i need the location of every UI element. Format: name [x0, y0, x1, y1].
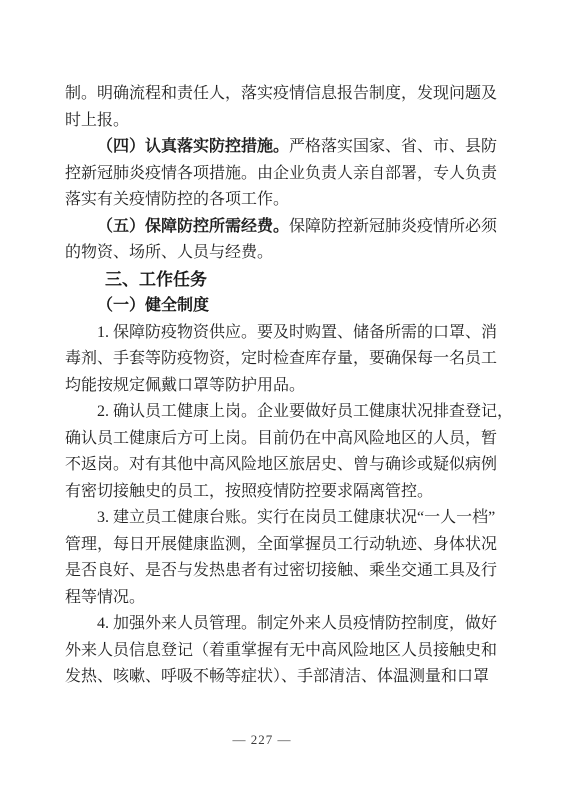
text-line: 的物资、场所、人员与经费。 [65, 240, 498, 267]
text-segment: 均能按规定佩戴口罩等防护用品。 [65, 377, 305, 394]
text-segment: 有密切接触史的员工，按照疫情防控要求隔离管控。 [65, 483, 433, 500]
text-line: 控新冠肺炎疫情各项措施。由企业负责人亲自部署，专人负责 [65, 161, 498, 188]
text-line: 有密切接触史的员工，按照疫情防控要求隔离管控。 [65, 479, 498, 506]
text-segment: 3. 建立员工健康台账。实行在岗员工健康状况“一人一档” [97, 509, 495, 526]
text-segment: 不返岗。对有其他中高风险地区旅居史、曾与确诊或疑似病例 [65, 456, 497, 473]
heading-line: 三、工作任务 [65, 267, 498, 294]
text-segment: 毒剂、手套等防疫物资，定时检查库存量，要确保每一名员工 [65, 350, 497, 367]
text-segment: 落实有关疫情防控的各项工作。 [65, 191, 289, 208]
text-segment: 保障防控新冠肺炎疫情所必须 [289, 218, 497, 235]
text-line: 管理，每日开展健康监测，全面掌握员工行动轨迹、身体状况 [65, 532, 498, 559]
text-segment: 时上报。 [65, 112, 129, 129]
page-number: — 227 — [0, 732, 524, 748]
text-line: 1. 保障防疫物资供应。要及时购置、储备所需的口罩、消 [65, 320, 498, 347]
text-segment: 4. 加强外来人员管理。制定外来人员疫情防控制度，做好 [97, 615, 497, 632]
text-line: 均能按规定佩戴口罩等防护用品。 [65, 373, 498, 400]
text-segment: 发热、咳嗽、呼吸不畅等症状）、手部清洁、体温测量和口罩 [65, 668, 489, 685]
text-line: 是否良好、是否与发热患者有过密切接触、乘坐交通工具及行 [65, 558, 498, 585]
text-segment: 1. 保障防疫物资供应。要及时购置、储备所需的口罩、消 [97, 324, 497, 341]
text-line: 确认员工健康后方可上岗。目前仍在中高风险地区的人员，暂 [65, 426, 498, 453]
text-line: 2. 确认员工健康上岗。企业要做好员工健康状况排查登记， [65, 399, 498, 426]
text-line: 程等情况。 [65, 585, 498, 612]
text-line: 4. 加强外来人员管理。制定外来人员疫情防控制度，做好 [65, 611, 498, 638]
text-segment: 程等情况。 [65, 589, 145, 606]
text-line: （四）认真落实防控措施。严格落实国家、省、市、县防 [65, 134, 498, 161]
bold-text-segment: （五）保障防控所需经费。 [97, 218, 289, 235]
text-line: 毒剂、手套等防疫物资，定时检查库存量，要确保每一名员工 [65, 346, 498, 373]
text-segment: 制。明确流程和责任人，落实疫情信息报告制度，发现问题及 [65, 85, 497, 102]
text-block: 制。明确流程和责任人，落实疫情信息报告制度，发现问题及时上报。（四）认真落实防控… [65, 81, 498, 691]
text-line: 外来人员信息登记（着重掌握有无中高风险地区人员接触史和 [65, 638, 498, 665]
text-line: 制。明确流程和责任人，落实疫情信息报告制度，发现问题及 [65, 81, 498, 108]
text-segment: 外来人员信息登记（着重掌握有无中高风险地区人员接触史和 [65, 642, 497, 659]
bold-text-segment: （一）健全制度 [97, 297, 209, 314]
heading-line: （一）健全制度 [65, 293, 498, 320]
text-segment: 是否良好、是否与发热患者有过密切接触、乘坐交通工具及行 [65, 562, 497, 579]
document-page: 制。明确流程和责任人，落实疫情信息报告制度，发现问题及时上报。（四）认真落实防控… [0, 0, 561, 793]
text-segment: 管理，每日开展健康监测，全面掌握员工行动轨迹、身体状况 [65, 536, 497, 553]
text-line: （五）保障防控所需经费。保障防控新冠肺炎疫情所必须 [65, 214, 498, 241]
text-segment: 严格落实国家、省、市、县防 [289, 138, 497, 155]
text-line: 3. 建立员工健康台账。实行在岗员工健康状况“一人一档” [65, 505, 498, 532]
text-segment: 控新冠肺炎疫情各项措施。由企业负责人亲自部署，专人负责 [65, 165, 497, 182]
text-line: 发热、咳嗽、呼吸不畅等症状）、手部清洁、体温测量和口罩 [65, 664, 498, 691]
text-segment: 的物资、场所、人员与经费。 [65, 244, 273, 261]
text-line: 落实有关疫情防控的各项工作。 [65, 187, 498, 214]
bold-text-segment: 三、工作任务 [105, 270, 207, 289]
bold-text-segment: （四）认真落实防控措施。 [97, 138, 289, 155]
text-segment: 确认员工健康后方可上岗。目前仍在中高风险地区的人员，暂 [65, 430, 497, 447]
text-segment: 2. 确认员工健康上岗。企业要做好员工健康状况排查登记， [97, 403, 513, 420]
text-line: 时上报。 [65, 108, 498, 135]
text-line: 不返岗。对有其他中高风险地区旅居史、曾与确诊或疑似病例 [65, 452, 498, 479]
